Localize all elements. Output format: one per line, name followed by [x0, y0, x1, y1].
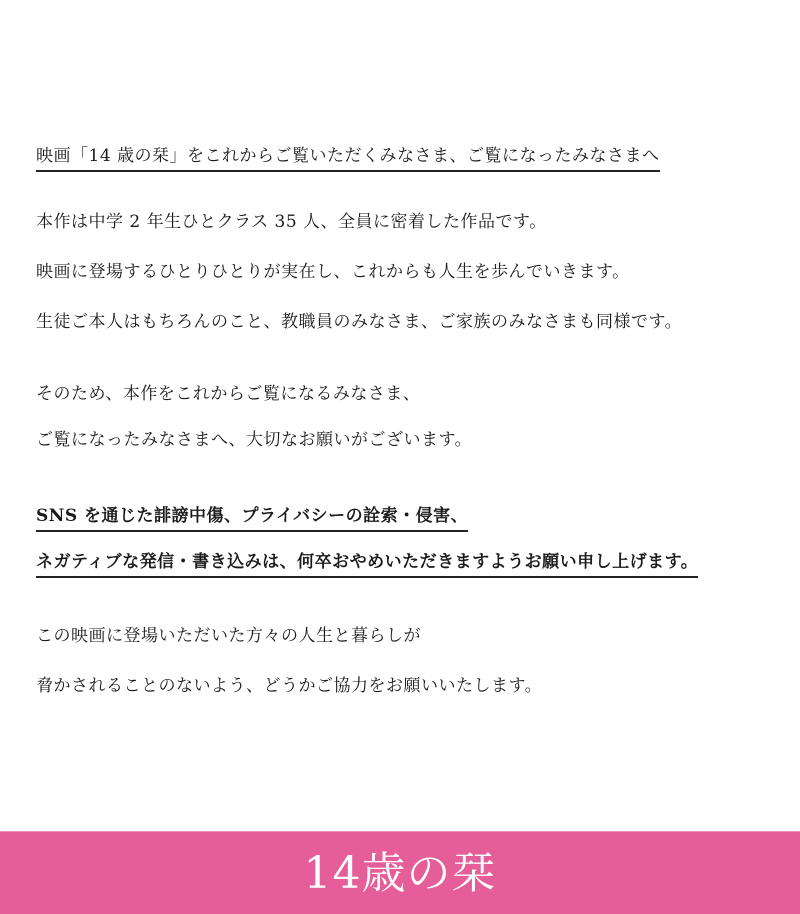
- paragraph-line: 映画に登場するひとりひとりが実在し、これからも人生を歩んでいきます。: [36, 261, 630, 283]
- emphasis-line: ネガティブな発信・書き込みは、何卒おやめいただきますようお願い申し上げます。: [36, 552, 698, 578]
- notice-heading: 映画「14 歳の栞」をこれからご覧いただくみなさま、ご覧になったみなさまへ: [36, 146, 660, 172]
- paragraph-line: 生徒ご本人はもちろんのこと、教職員のみなさま、ご家族のみなさまも同様です。: [36, 311, 682, 333]
- paragraph-line: そのため、本作をこれからご覧になるみなさま、: [36, 383, 420, 405]
- paragraph-line: 本作は中学 2 年生ひとクラス 35 人、全員に密着した作品です。: [36, 211, 547, 233]
- film-title-logo: 14歳の栞: [304, 849, 497, 899]
- paragraph-line: ご覧になったみなさまへ、大切なお願いがございます。: [36, 429, 472, 451]
- emphasis-line: SNS を通じた誹謗中傷、プライバシーの詮索・侵害、: [36, 506, 468, 532]
- paragraph-line: 脅かされることのないよう、どうかご協力をお願いいたします。: [36, 675, 542, 697]
- footer-banner: 14歳の栞: [0, 831, 800, 914]
- paragraph-line: この映画に登場いただいた方々の人生と暮らしが: [36, 625, 421, 647]
